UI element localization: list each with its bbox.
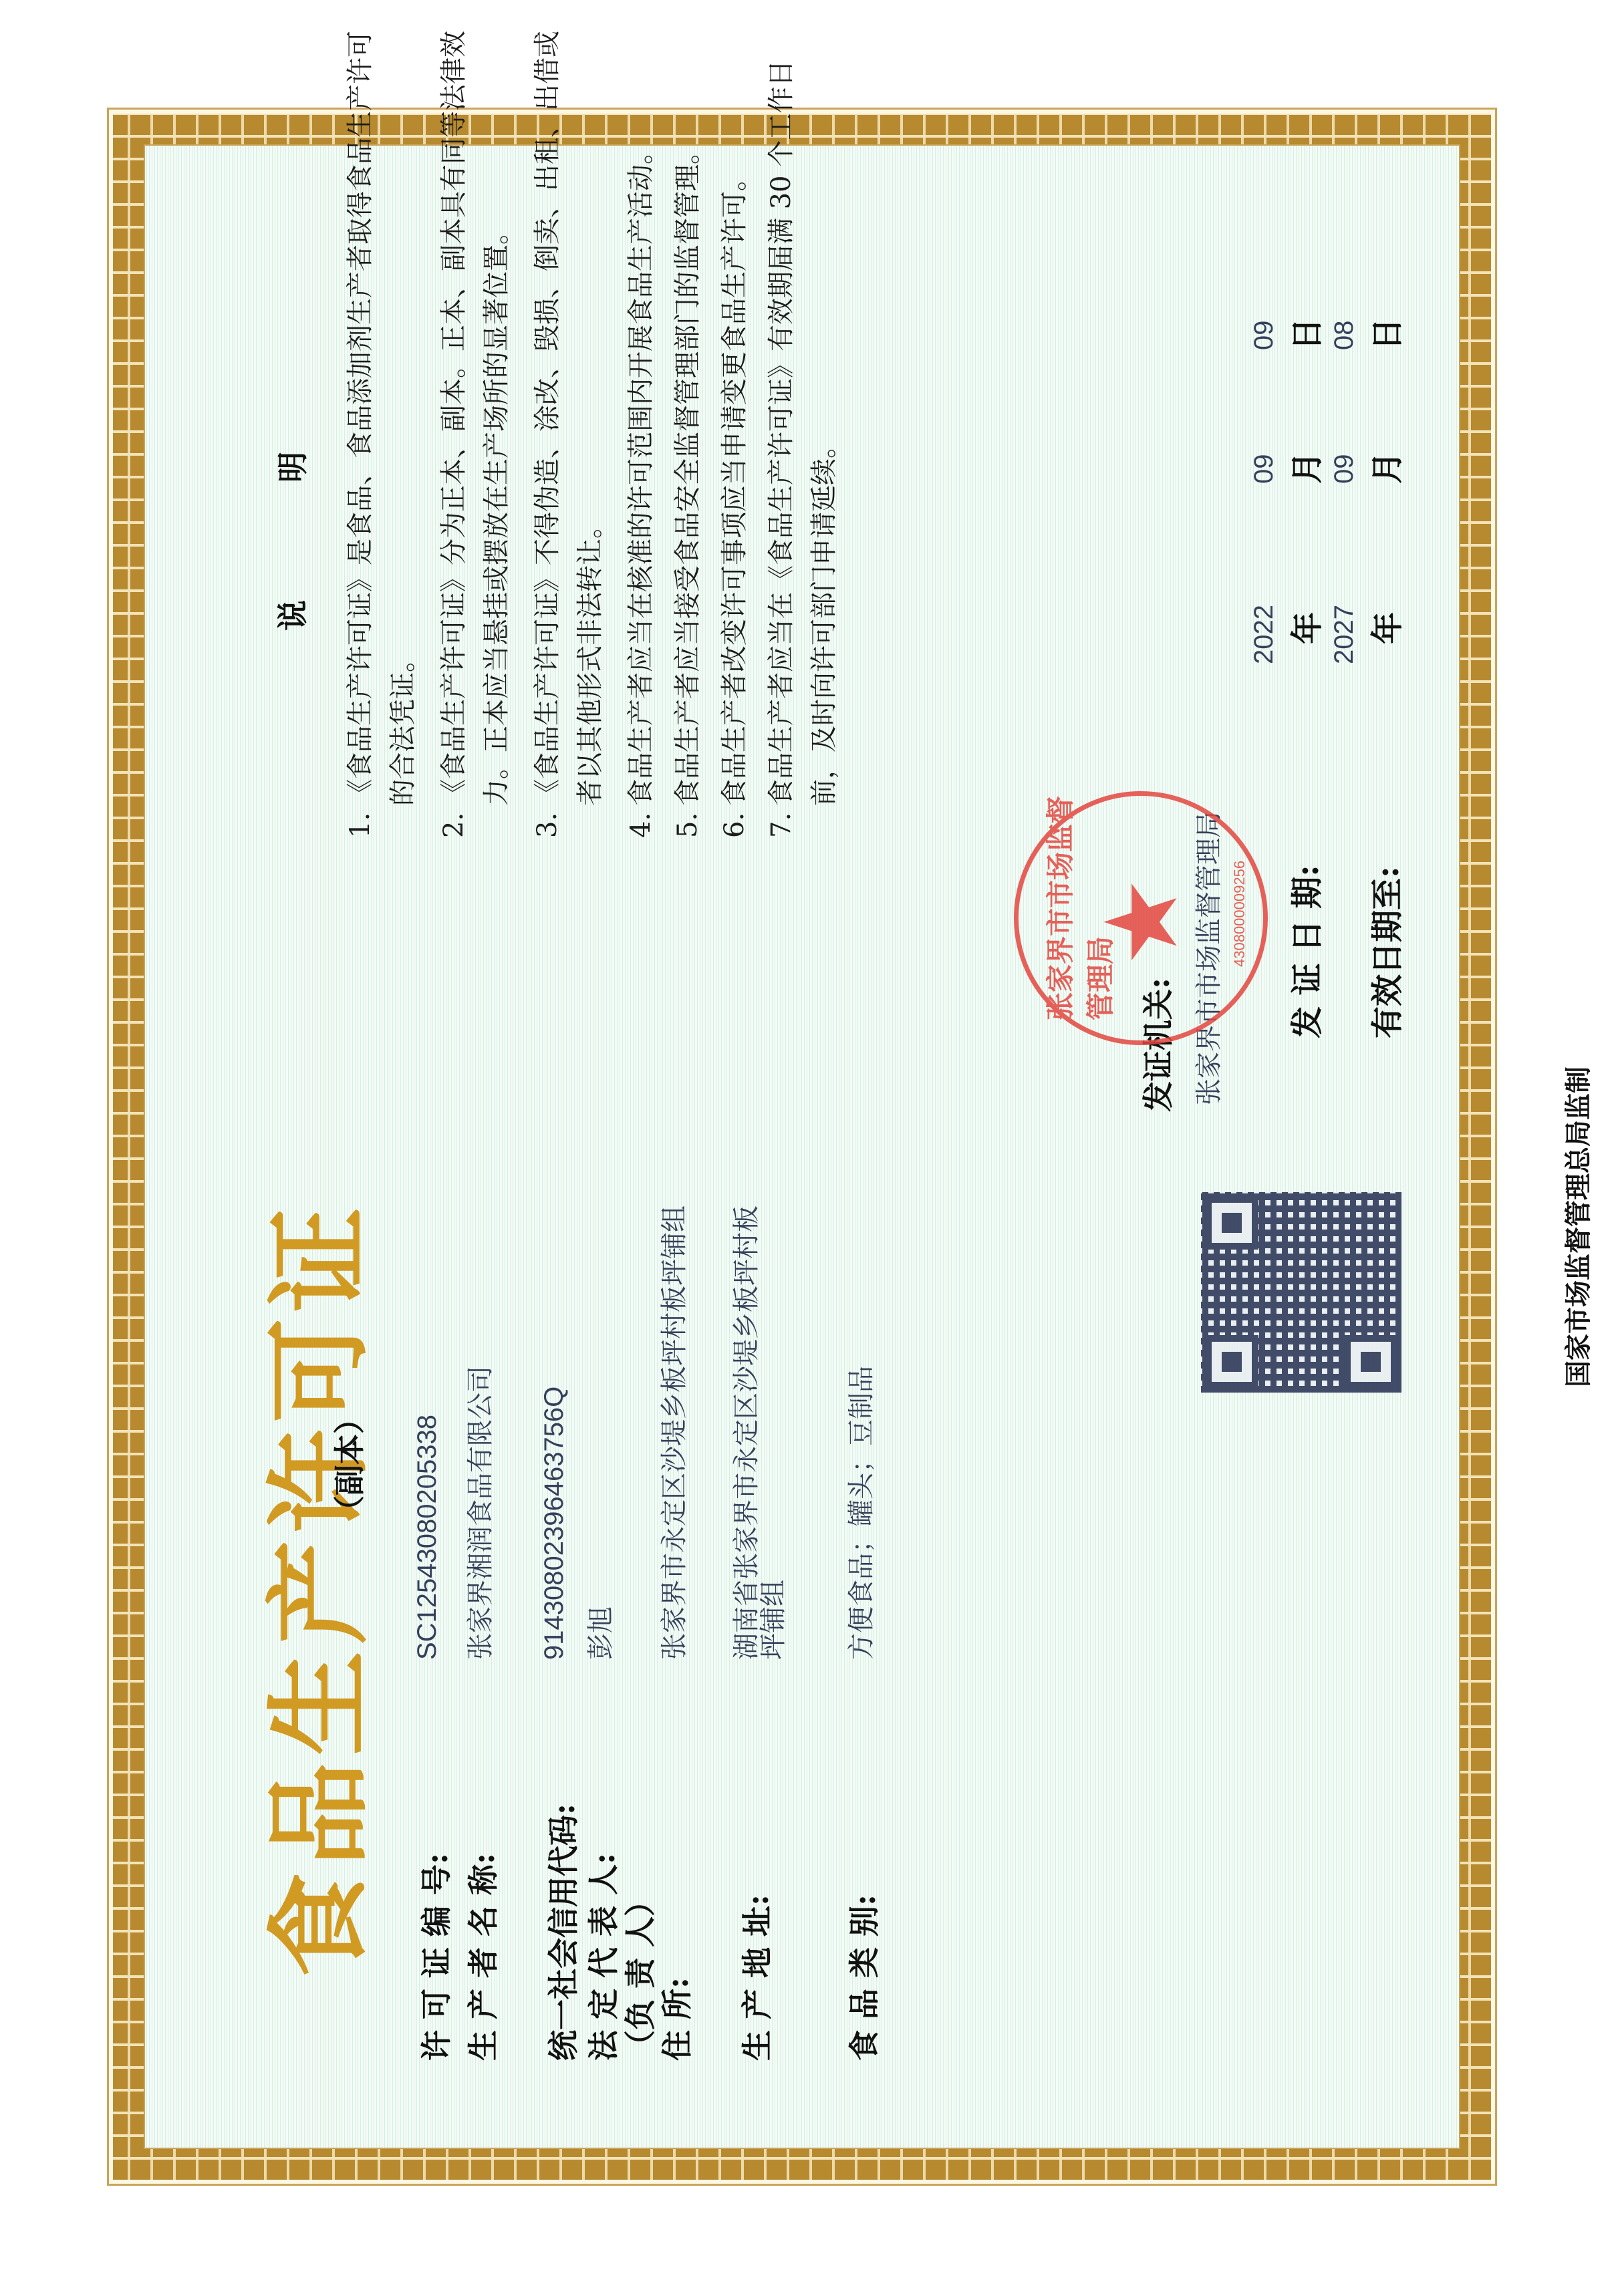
field-label: 统一社会信用代码: — [539, 1747, 583, 2061]
note-number: 2. — [432, 813, 475, 838]
note-text: 食品生产者改变许可事项应当申请变更食品生产许可。 — [713, 23, 756, 838]
field-value: 张家界市永定区沙堤乡板坪村板坪铺组 — [653, 1205, 691, 1660]
decorative-border: 食品生产许可证 （副本） 许 可 证 编 号: SC12543080205338… — [107, 108, 1497, 2186]
issue-date-year: 2022 — [1249, 605, 1279, 664]
note-text: 《食品生产许可证》是食品、食品添加剂生产者取得食品生产许可的合法凭证。 — [339, 23, 424, 838]
seal-code: 4308000009256 — [1231, 861, 1248, 967]
issue-date-row: 发 证 日 期: 2022 年 09 月 09 日 — [1281, 784, 1327, 1038]
field-value: 彭旭 — [579, 1606, 618, 1660]
field-label: 食 品 类 别: — [840, 1747, 884, 2061]
note-number: 5. — [666, 813, 709, 838]
qr-code-icon — [1201, 1192, 1401, 1393]
month-unit: 月 — [1361, 452, 1407, 484]
field-label: 生 产 者 名 称: — [459, 1747, 503, 2061]
issue-date-label: 发 证 日 期: — [1281, 784, 1327, 1038]
note-item: 7.食品生产者应当在《食品生产许可证》有效期届满 30 个工作日前，及时向许可部… — [760, 23, 845, 838]
field-label: 许 可 证 编 号: — [412, 1747, 456, 2061]
field-food-category: 食 品 类 别: 方便食品；罐头；豆制品 — [840, 925, 884, 2061]
note-number: 1. — [339, 813, 382, 838]
field-license-number: 许 可 证 编 号: SC12543080205338 — [412, 925, 456, 2061]
valid-until-label: 有效日期至: — [1361, 784, 1407, 1038]
note-item: 5.食品生产者应当接受食品安全监督管理部门的监督管理。 — [666, 23, 709, 838]
field-value: 张家界湘润食品有限公司 — [459, 1366, 497, 1660]
issue-date-day: 09 — [1249, 321, 1279, 351]
note-text: 《食品生产许可证》不得伪造、涂改、毁损、倒卖、出租、出借或者以其他形式非法转让。 — [526, 23, 612, 838]
valid-until-day: 08 — [1329, 321, 1359, 351]
certificate-title: 食品生产许可证 — [235, 1201, 386, 1977]
certificate-document: 食品生产许可证 （副本） 许 可 证 编 号: SC12543080205338… — [0, 0, 1610, 2296]
month-unit: 月 — [1281, 452, 1327, 484]
field-label: 生 产 地 址: — [733, 1747, 777, 2061]
year-unit: 年 — [1281, 612, 1327, 644]
note-number: 3. — [526, 813, 569, 838]
notes-title: 说 明 — [269, 398, 313, 631]
note-item: 6.食品生产者改变许可事项应当申请变更食品生产许可。 — [713, 23, 756, 838]
note-item: 1.《食品生产许可证》是食品、食品添加剂生产者取得食品生产许可的合法凭证。 — [339, 23, 424, 838]
year-unit: 年 — [1361, 612, 1407, 644]
note-item: 2.《食品生产许可证》分为正本、副本。正本、副本具有同等法律效力。正本应当悬挂或… — [432, 23, 518, 838]
note-number: 7. — [760, 813, 803, 838]
valid-until-year: 2027 — [1329, 605, 1359, 664]
field-value: 湖南省张家界市永定区沙堤乡板坪村板坪铺组 — [733, 1205, 787, 1660]
official-seal: 张家界市市场监督管理局 ★ 4308000009256 — [1014, 791, 1268, 1045]
field-value: 方便食品；罐头；豆制品 — [840, 1366, 878, 1660]
note-text: 食品生产者应当在《食品生产许可证》有效期届满 30 个工作日前，及时向许可部门申… — [760, 23, 845, 838]
field-label: 住 所: — [653, 1747, 697, 2061]
footer-issuer-note: 国家市场监督管理总局监制 — [1557, 1066, 1595, 1387]
star-icon: ★ — [1092, 877, 1192, 967]
field-value: SC12543080205338 — [412, 1415, 442, 1660]
field-residence: 住 所: 张家界市永定区沙堤乡板坪村板坪铺组 — [653, 925, 697, 2061]
note-number: 6. — [713, 813, 756, 838]
qr-finder — [1205, 1335, 1258, 1389]
note-item: 3.《食品生产许可证》不得伪造、涂改、毁损、倒卖、出租、出借或者以其他形式非法转… — [526, 23, 612, 838]
note-text: 《食品生产许可证》分为正本、副本。正本、副本具有同等法律效力。正本应当悬挂或摆放… — [432, 23, 518, 838]
field-production-address: 生 产 地 址: 湖南省张家界市永定区沙堤乡板坪村板坪铺组 — [733, 925, 777, 2061]
note-text: 食品生产者应当接受食品安全监督管理部门的监督管理。 — [666, 23, 709, 838]
note-text: 食品生产者应当在核准的许可范围内开展食品生产活动。 — [620, 23, 662, 838]
field-credit-code: 统一社会信用代码: 91430802396463756Q — [539, 925, 583, 2061]
day-unit: 日 — [1281, 318, 1327, 350]
field-producer-name: 生 产 者 名 称: 张家界湘润食品有限公司 — [459, 925, 503, 2061]
issue-date-month: 09 — [1249, 454, 1279, 484]
qr-finder — [1344, 1335, 1397, 1389]
day-unit: 日 — [1361, 318, 1407, 350]
valid-until-row: 有效日期至: 2027 年 09 月 08 日 — [1361, 784, 1407, 1038]
certificate-subtitle: （副本） — [325, 1403, 370, 1526]
valid-until-month: 09 — [1329, 454, 1359, 484]
note-number: 4. — [620, 813, 662, 838]
field-value: 91430802396463756Q — [539, 1387, 569, 1660]
certificate-paper: 食品生产许可证 （副本） 许 可 证 编 号: SC12543080205338… — [144, 144, 1460, 2149]
note-item: 4.食品生产者应当在核准的许可范围内开展食品生产活动。 — [620, 23, 662, 838]
qr-finder — [1205, 1196, 1258, 1250]
